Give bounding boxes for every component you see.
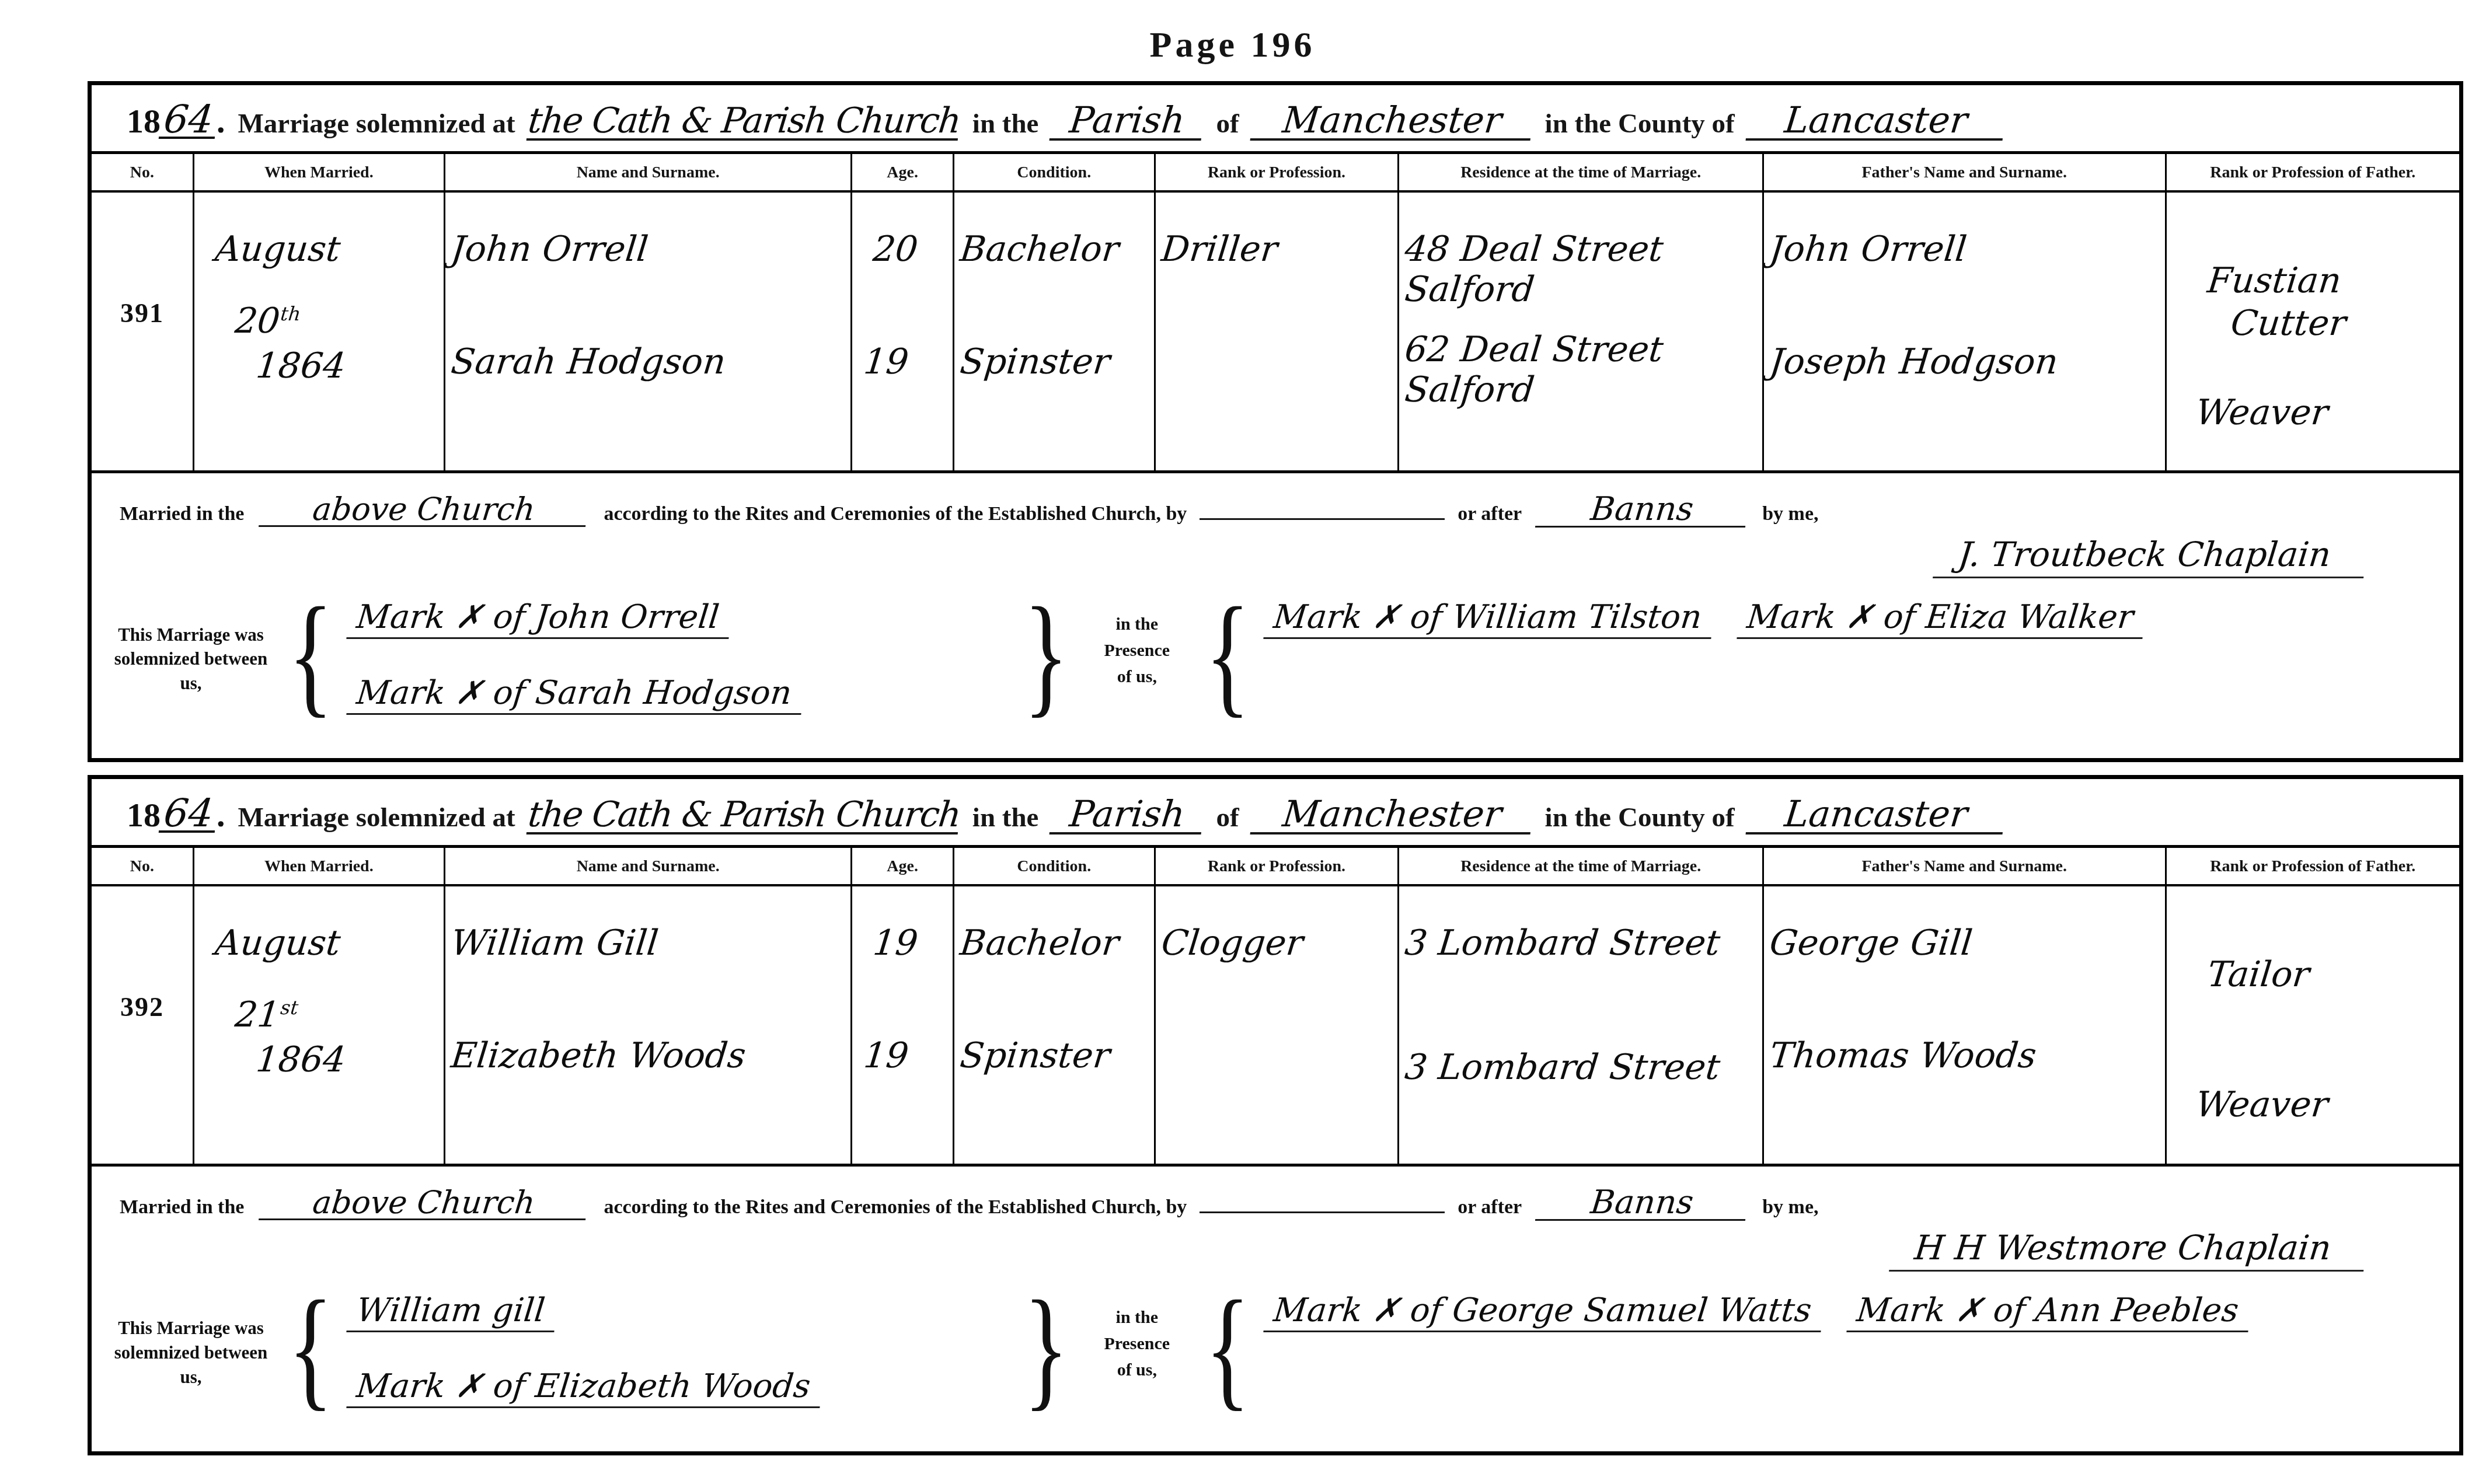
entry-number: 392 <box>92 885 193 1165</box>
according-label: according to the Rites and Ceremonies of… <box>604 503 1187 525</box>
col-header-when-married: When Married. <box>193 848 444 885</box>
marriage-year: 1864 <box>254 348 347 385</box>
brace-decoration <box>1205 588 1250 722</box>
marriage-month: August <box>214 925 343 962</box>
parish-name-handwritten: Manchester <box>1250 102 1534 141</box>
col-header-condition: Condition. <box>953 154 1155 191</box>
county-of-label: in the County of <box>1545 108 1735 139</box>
groom-age: 19 <box>871 925 920 962</box>
column-header-row: No. When Married. Name and Surname. Age.… <box>92 848 2459 885</box>
entry-391-table: No. When Married. Name and Surname. Age.… <box>92 154 2459 473</box>
according-label: according to the Rites and Ceremonies of… <box>604 1196 1187 1218</box>
bride-age: 19 <box>862 344 911 380</box>
when-married-cell: August 21st 1864 <box>193 885 444 1165</box>
groom-condition: Bachelor <box>958 925 1121 962</box>
groom-condition: Bachelor <box>958 231 1121 268</box>
marriage-month: August <box>214 231 343 268</box>
groom-signature-mark: Mark ✗ of John Orrell <box>347 598 733 639</box>
father-rank-cell: Fustian Cutter Weaver <box>2166 191 2459 472</box>
couple-signatures: William gill Mark ✗ of Elizabeth Woods <box>343 1281 1014 1435</box>
solemnized-between-label: This Marriage was solemnized between us, <box>103 588 278 696</box>
father-rank-line1: Fustian <box>2205 263 2342 299</box>
parish-word-handwritten: Parish <box>1050 796 1205 834</box>
bride-father-name: Joseph Hodgson <box>1768 344 2060 380</box>
of-label: of <box>1216 802 1239 833</box>
groom-residence-street: 3 Lombard Street <box>1403 925 1722 962</box>
witness-2-signature-mark: Mark ✗ of Eliza Walker <box>1737 598 2147 639</box>
groom-profession: Driller <box>1159 231 1279 268</box>
names-cell: William Gill Elizabeth Woods <box>444 885 852 1165</box>
entry-392-header: 1864. Marriage solemnized at the Cath & … <box>92 779 2459 848</box>
entry-391-header: 1864. Marriage solemnized at the Cath & … <box>92 85 2459 154</box>
col-header-father-rank: Rank or Profession of Father. <box>2166 154 2459 191</box>
married-in-label: Married in the <box>120 503 244 525</box>
col-header-residence: Residence at the time of Marriage. <box>1399 848 1763 885</box>
groom-father-name: John Orrell <box>1768 231 1969 268</box>
marriage-register-scan: { "page": { "title": "Page 196" }, "labe… <box>0 0 2465 1484</box>
county-name-handwritten: Lancaster <box>1745 796 2006 834</box>
when-married-cell: August 20th 1864 <box>193 191 444 472</box>
col-header-no: No. <box>92 848 193 885</box>
church-name-handwritten: the Cath & Parish Church <box>526 797 961 834</box>
bride-signature-mark: Mark ✗ of Sarah Hodgson <box>347 674 806 715</box>
residence-cell: 48 Deal Street Salford 62 Deal Street Sa… <box>1399 191 1763 472</box>
conditions-cell: Bachelor Spinster <box>953 885 1155 1165</box>
father-rank-line1: Tailor <box>2205 956 2311 993</box>
bride-name: Sarah Hodgson <box>449 344 727 380</box>
col-header-rank: Rank or Profession. <box>1155 154 1399 191</box>
col-header-condition: Condition. <box>953 848 1155 885</box>
groom-profession: Clogger <box>1159 925 1305 962</box>
bride-residence-street: 3 Lombard Street <box>1403 1049 1722 1086</box>
or-after-label: or after <box>1458 503 1522 525</box>
year-prefix: 18 <box>127 795 161 834</box>
signatures-block: This Marriage was solemnized between us,… <box>92 1275 2459 1451</box>
year-handwritten: 64 <box>159 102 219 139</box>
groom-father-name: George Gill <box>1768 925 1974 962</box>
column-header-row: No. When Married. Name and Surname. Age.… <box>92 154 2459 191</box>
or-after-label: or after <box>1458 1196 1522 1218</box>
col-header-name: Name and Surname. <box>444 848 852 885</box>
married-in-label: Married in the <box>120 1196 244 1218</box>
col-header-father-rank: Rank or Profession of Father. <box>2166 848 2459 885</box>
father-rank-line3: Weaver <box>2194 394 2330 431</box>
entry-392-table: No. When Married. Name and Surname. Age.… <box>92 848 2459 1167</box>
bride-age: 19 <box>862 1038 911 1074</box>
entry-number: 391 <box>92 191 193 472</box>
names-cell: John Orrell Sarah Hodgson <box>444 191 852 472</box>
groom-signature-mark: William gill <box>347 1291 559 1332</box>
father-rank-cell: Tailor Weaver <box>2166 885 2459 1165</box>
witness-signatures: Mark ✗ of George Samuel Watts Mark ✗ of … <box>1260 1281 2447 1359</box>
bride-father-name: Thomas Woods <box>1768 1038 2038 1074</box>
col-header-age: Age. <box>852 848 953 885</box>
witness-1-signature-mark: Mark ✗ of George Samuel Watts <box>1264 1291 1825 1332</box>
bride-residence-street: 62 Deal Street <box>1403 331 1665 368</box>
groom-name: William Gill <box>449 925 660 962</box>
witness-2-signature-mark: Mark ✗ of Ann Peebles <box>1846 1291 2252 1332</box>
profession-cell: Clogger <box>1155 885 1399 1165</box>
ages-cell: 20 19 <box>852 191 953 472</box>
brace-decoration <box>1024 588 1069 722</box>
col-header-no: No. <box>92 154 193 191</box>
officiant-blank <box>1200 1211 1445 1213</box>
married-in-church-handwritten: above Church <box>259 494 589 527</box>
groom-age: 20 <box>871 231 920 268</box>
groom-residence-street: 48 Deal Street <box>1403 231 1665 268</box>
bride-residence-town: Salford <box>1403 372 1554 408</box>
married-in-church-handwritten: above Church <box>259 1187 589 1220</box>
parish-word-handwritten: Parish <box>1050 102 1205 141</box>
col-header-residence: Residence at the time of Marriage. <box>1399 154 1763 191</box>
married-in-line: Married in the above Church according to… <box>92 1167 2459 1224</box>
county-of-label: in the County of <box>1545 802 1735 833</box>
page-number-heading: Page 196 <box>0 0 2465 66</box>
officiant-signature: H H Westmore Chaplain <box>1889 1228 2368 1272</box>
profession-cell: Driller <box>1155 191 1399 472</box>
county-name-handwritten: Lancaster <box>1745 102 2006 141</box>
col-header-father: Father's Name and Surname. <box>1763 848 2166 885</box>
groom-residence-town: Salford <box>1403 271 1554 308</box>
in-the-label: in the <box>972 108 1039 139</box>
officiant-row: H H Westmore Chaplain <box>92 1224 2459 1275</box>
ages-cell: 19 19 <box>852 885 953 1165</box>
fathers-cell: John Orrell Joseph Hodgson <box>1763 191 2166 472</box>
presence-label: in the Presence of us, <box>1079 1281 1195 1383</box>
banns-handwritten: Banns <box>1535 1186 1749 1221</box>
witness-1-signature-mark: Mark ✗ of William Tilston <box>1264 598 1716 639</box>
conditions-cell: Bachelor Spinster <box>953 191 1155 472</box>
presence-label: in the Presence of us, <box>1079 588 1195 690</box>
marriage-year: 1864 <box>254 1042 347 1078</box>
witness-signatures: Mark ✗ of William Tilston Mark ✗ of Eliz… <box>1260 588 2447 666</box>
groom-name: John Orrell <box>449 231 650 268</box>
officiant-signature: J. Troutbeck Chaplain <box>1933 535 2368 578</box>
marriage-day: 20th <box>233 303 302 340</box>
bride-condition: Spinster <box>958 344 1112 380</box>
fathers-cell: George Gill Thomas Woods <box>1763 885 2166 1165</box>
register-entry-391: 1864. Marriage solemnized at the Cath & … <box>88 81 2463 762</box>
col-header-father: Father's Name and Surname. <box>1763 154 2166 191</box>
register-entry-392: 1864. Marriage solemnized at the Cath & … <box>88 775 2463 1456</box>
officiant-blank <box>1200 518 1445 520</box>
col-header-name: Name and Surname. <box>444 154 852 191</box>
brace-decoration <box>1205 1281 1250 1415</box>
by-me-label: by me, <box>1762 503 1818 525</box>
brace-decoration <box>1024 1281 1069 1415</box>
bride-condition: Spinster <box>958 1038 1112 1074</box>
bride-signature-mark: Mark ✗ of Elizabeth Woods <box>347 1367 824 1408</box>
father-rank-line3: Weaver <box>2194 1087 2330 1123</box>
residence-cell: 3 Lombard Street 3 Lombard Street <box>1399 885 1763 1165</box>
banns-handwritten: Banns <box>1535 493 1749 528</box>
entry-391-data-row: 391 August 20th 1864 John Orrell Sarah H… <box>92 191 2459 472</box>
solemnized-at-label: Marriage solemnized at <box>238 108 515 139</box>
by-me-label: by me, <box>1762 1196 1818 1218</box>
col-header-age: Age. <box>852 154 953 191</box>
col-header-rank: Rank or Profession. <box>1155 848 1399 885</box>
solemnized-at-label: Marriage solemnized at <box>238 802 515 833</box>
entry-392-data-row: 392 August 21st 1864 William Gill Elizab… <box>92 885 2459 1165</box>
year-handwritten: 64 <box>159 796 219 833</box>
col-header-when-married: When Married. <box>193 154 444 191</box>
marriage-day: 21st <box>233 997 299 1033</box>
signatures-block: This Marriage was solemnized between us,… <box>92 582 2459 758</box>
officiant-row: J. Troutbeck Chaplain <box>92 531 2459 582</box>
solemnized-between-label: This Marriage was solemnized between us, <box>103 1281 278 1389</box>
of-label: of <box>1216 108 1239 139</box>
register-page: 1864. Marriage solemnized at the Cath & … <box>88 81 2463 1455</box>
father-rank-line2: Cutter <box>2229 305 2348 342</box>
year-prefix: 18 <box>127 102 161 141</box>
bride-name: Elizabeth Woods <box>449 1038 748 1074</box>
in-the-label: in the <box>972 802 1039 833</box>
couple-signatures: Mark ✗ of John Orrell Mark ✗ of Sarah Ho… <box>343 588 1014 742</box>
brace-decoration <box>288 1281 333 1415</box>
church-name-handwritten: the Cath & Parish Church <box>526 103 961 141</box>
parish-name-handwritten: Manchester <box>1250 796 1534 834</box>
brace-decoration <box>288 588 333 722</box>
married-in-line: Married in the above Church according to… <box>92 473 2459 531</box>
